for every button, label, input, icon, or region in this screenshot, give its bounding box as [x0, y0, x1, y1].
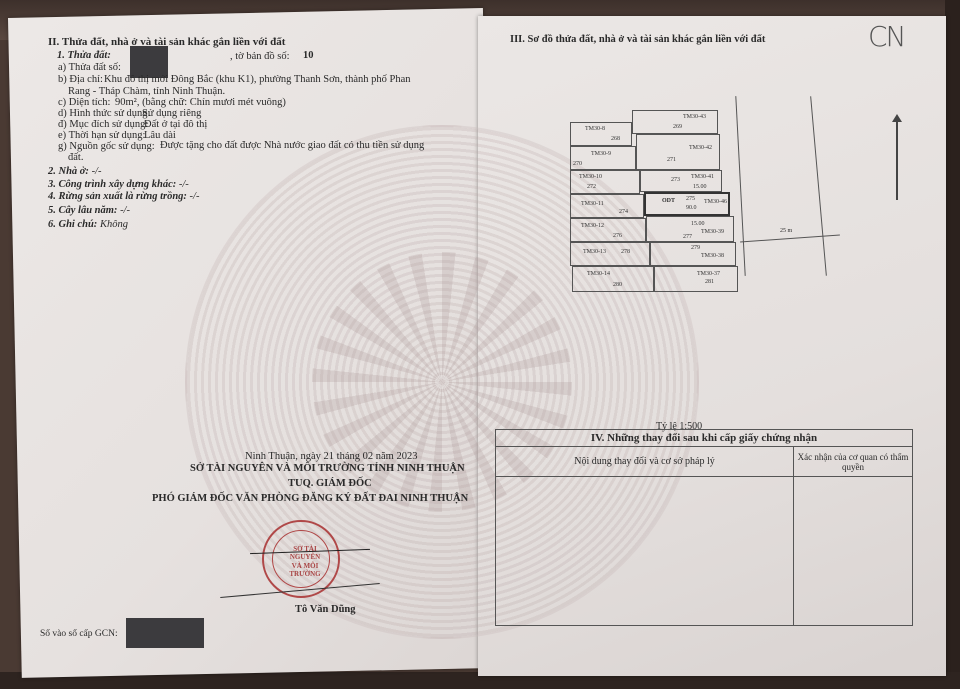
- dimension-label: 15.00: [691, 221, 705, 227]
- item-value: -/-: [92, 166, 102, 177]
- parcel-code: TM30-42: [689, 145, 712, 151]
- parcel-number: 281: [705, 279, 714, 285]
- land-plot-heading: 1. Thửa đất:: [57, 50, 111, 62]
- parcel-number: 274: [619, 209, 628, 215]
- item-label: 2. Nhà ở:: [48, 166, 89, 177]
- parcel-code: TM30-12: [581, 223, 604, 229]
- parcel-code: TM30-9: [591, 151, 611, 157]
- item-production-forest: 4. Rừng sản xuất là rừng trồng: -/-: [48, 191, 199, 203]
- parcel-278: TM30-13278: [570, 242, 650, 266]
- purpose-value: Đất ở tại đô thị: [144, 119, 207, 131]
- subject-parcel-275: ODT27590.0TM30-46: [644, 192, 730, 216]
- changes-content-cell: [496, 477, 794, 626]
- parcel-number: 280: [613, 282, 622, 288]
- parcel-270: TM30-9270: [570, 146, 636, 170]
- item-value: -/-: [179, 179, 189, 190]
- parcel-code: TM30-11: [581, 201, 604, 207]
- signer-name: Tô Văn Dũng: [295, 604, 356, 616]
- changes-confirmation-cell: [794, 477, 913, 626]
- address-label: b) Địa chỉ:: [58, 74, 103, 86]
- dimension-label: 15.00: [693, 184, 707, 190]
- changes-col-content: Nội dung thay đổi và cơ sở pháp lý: [496, 447, 794, 477]
- parcel-277: 15.00TM30-39277: [646, 216, 734, 242]
- parcel-code: TM30-14: [587, 271, 610, 277]
- area-value: 90m², (bằng chữ: Chín mươi mét vuông): [115, 97, 286, 109]
- usage-form-label: d) Hình thức sử dụng:: [58, 108, 150, 120]
- parcel-280: TM30-14280: [572, 266, 654, 292]
- parcel-area: 90.0: [686, 205, 697, 211]
- road-width-label: 25 m: [780, 228, 792, 235]
- parcel-code: TM30-37: [697, 271, 720, 277]
- changes-table-title: IV. Những thay đổi sau khi cấp giấy chứn…: [496, 430, 913, 447]
- north-arrow-icon: [896, 120, 898, 200]
- issue-date: Ninh Thuận, ngày 21 tháng 02 năm 2023: [245, 451, 417, 463]
- parcel-code: TM30-10: [579, 174, 602, 180]
- parcel-number: 269: [673, 124, 682, 130]
- item-house: 2. Nhà ở: -/-: [48, 166, 101, 178]
- parcel-number: 268: [611, 136, 620, 142]
- changes-col-confirmation: Xác nhận của cơ quan có thẩm quyền: [794, 447, 913, 477]
- item-other-construction: 3. Công trình xây dựng khác: -/-: [48, 179, 189, 191]
- parcel-269: TM30-43269: [632, 110, 718, 134]
- parcel-273: TM30-4127315.00: [640, 170, 722, 192]
- land-use-code: ODT: [662, 198, 675, 204]
- item-label: 4. Rừng sản xuất là rừng trồng:: [48, 191, 187, 202]
- issuing-authority: SỞ TÀI NGUYÊN VÀ MÔI TRƯỜNG TỈNH NINH TH…: [190, 463, 465, 475]
- term-label: e) Thời hạn sử dụng:: [58, 130, 145, 142]
- map-sheet-number: 10: [303, 50, 314, 62]
- parcel-number: 276: [613, 233, 622, 239]
- map-sheet-label: , tờ bản đồ số:: [230, 51, 290, 63]
- parcel-code: TM30-43: [683, 114, 706, 120]
- parcel-276: TM30-12276: [570, 218, 646, 242]
- parcel-code: TM30-39: [701, 229, 724, 235]
- parcel-number: 277: [683, 234, 692, 240]
- item-perennial-trees: 5. Cây lâu năm: -/-: [48, 205, 130, 217]
- background-right: [945, 0, 960, 689]
- item-value: Không: [100, 219, 128, 230]
- origin-label: g) Nguồn gốc sử dụng:: [58, 141, 155, 153]
- changes-table: IV. Những thay đổi sau khi cấp giấy chứn…: [495, 429, 913, 626]
- parcel-code: TM30-13: [583, 249, 606, 255]
- parcel-274: TM30-11274: [570, 194, 644, 218]
- handwritten-mark: CN: [868, 20, 905, 53]
- neighbor-code: TM30-46: [704, 199, 727, 205]
- item-label: 5. Cây lâu năm:: [48, 205, 117, 216]
- area-label: c) Diện tích:: [58, 97, 110, 109]
- parcel-279: TM30-38279: [650, 242, 736, 266]
- parcel-268: TM30-8268: [570, 122, 632, 146]
- signer-title: PHÓ GIÁM ĐỐC VĂN PHÒNG ĐĂNG KÝ ĐẤT ĐAI N…: [152, 493, 468, 505]
- redacted-registry-number: [126, 618, 204, 648]
- item-notes: 6. Ghi chú: Không: [48, 219, 128, 231]
- parcel-281: TM30-37281: [654, 266, 738, 292]
- plot-number-label: a) Thửa đất số:: [58, 62, 121, 74]
- parcel-number: 270: [573, 161, 582, 167]
- origin-value-line-2: đất.: [68, 152, 83, 164]
- parcel-number: 279: [691, 245, 700, 251]
- purpose-label: đ) Mục đích sử dụng:: [58, 119, 148, 131]
- parcel-code: TM30-8: [585, 126, 605, 132]
- parcel-code: TM30-41: [691, 174, 714, 180]
- parcel-number: 271: [667, 157, 676, 163]
- parcel-number: 275: [686, 196, 695, 202]
- parcel-code: TM30-38: [701, 253, 724, 259]
- parcel-number: 272: [587, 184, 596, 190]
- item-label: 3. Công trình xây dựng khác:: [48, 179, 176, 190]
- item-label: 6. Ghi chú:: [48, 219, 97, 230]
- parcel-number: 278: [621, 249, 630, 255]
- address-line-1: Khu đô thị mới Đông Bắc (khu K1), phường…: [104, 74, 411, 86]
- item-value: -/-: [190, 191, 200, 202]
- origin-value-line-1: Được tặng cho đất được Nhà nước giao đất…: [160, 140, 424, 152]
- parcel-number: 273: [671, 177, 680, 183]
- authorization-line: TUQ. GIÁM ĐỐC: [288, 478, 372, 490]
- section-3-title: III. Sơ đồ thửa đất, nhà ở và tài sản kh…: [510, 34, 765, 46]
- registry-number-label: Số vào sổ cấp GCN:: [40, 629, 118, 639]
- usage-form-value: Sử dụng riêng: [142, 108, 201, 120]
- item-value: -/-: [120, 205, 130, 216]
- address-line-2: Rang - Tháp Chàm, tỉnh Ninh Thuận.: [68, 86, 225, 98]
- parcel-271: TM30-42271: [636, 134, 720, 170]
- parcel-272: TM30-10272: [570, 170, 640, 194]
